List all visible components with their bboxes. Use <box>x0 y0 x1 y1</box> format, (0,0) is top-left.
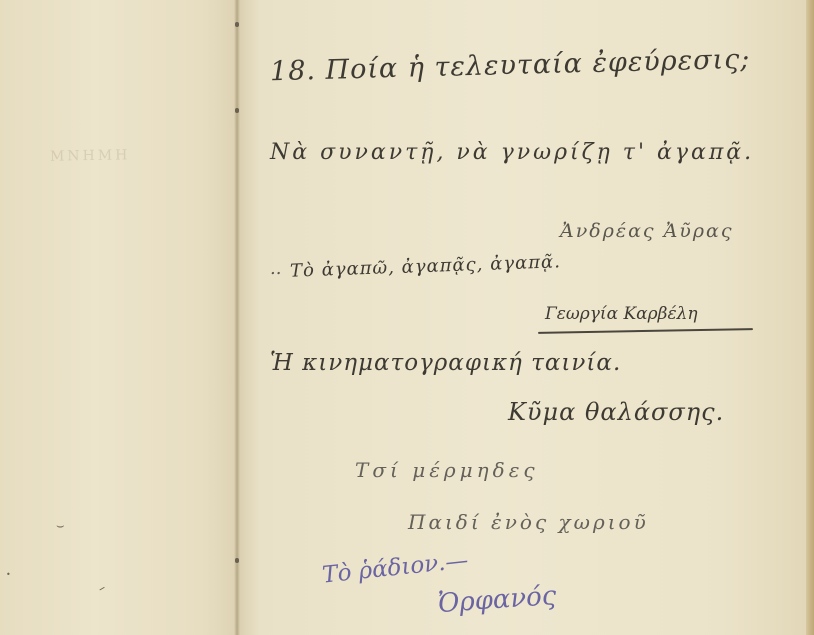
book-gutter <box>234 0 240 635</box>
stitch-hole <box>235 22 239 27</box>
page-edge <box>806 0 814 635</box>
answer-text: Νὰ συναντῇ, νὰ γνωρίζῃ τ' ἀγαπᾷ. <box>270 140 754 165</box>
right-page <box>237 0 808 635</box>
answer-text: Ἡ κινηματογραφική ταινία. <box>270 350 621 376</box>
answer-signature: Παιδί ἐνὸς χωριοῦ <box>408 510 649 534</box>
stitch-hole <box>235 558 239 563</box>
ink-speck: • <box>6 571 11 579</box>
book-spread: ΜΝΗΜΗ ⌣ • ı 18. Ποία ἡ τελευταία ἐφεύρεσ… <box>0 0 814 635</box>
answer-signature: Γεωργία Καρβέλη <box>545 304 698 324</box>
left-page <box>0 0 237 635</box>
answer-text: Τσί μέρμηδες <box>355 458 539 482</box>
answer-signature: Ἀνδρέας Ἀῦρας <box>560 220 734 242</box>
bleed-through-text: ΜΝΗΜΗ <box>50 147 131 164</box>
ink-speck: ⌣ <box>56 520 65 533</box>
answer-prefix: .. <box>270 258 281 279</box>
stitch-hole <box>235 108 239 113</box>
answer-signature: Κῦμα θαλάσσης. <box>508 398 724 426</box>
